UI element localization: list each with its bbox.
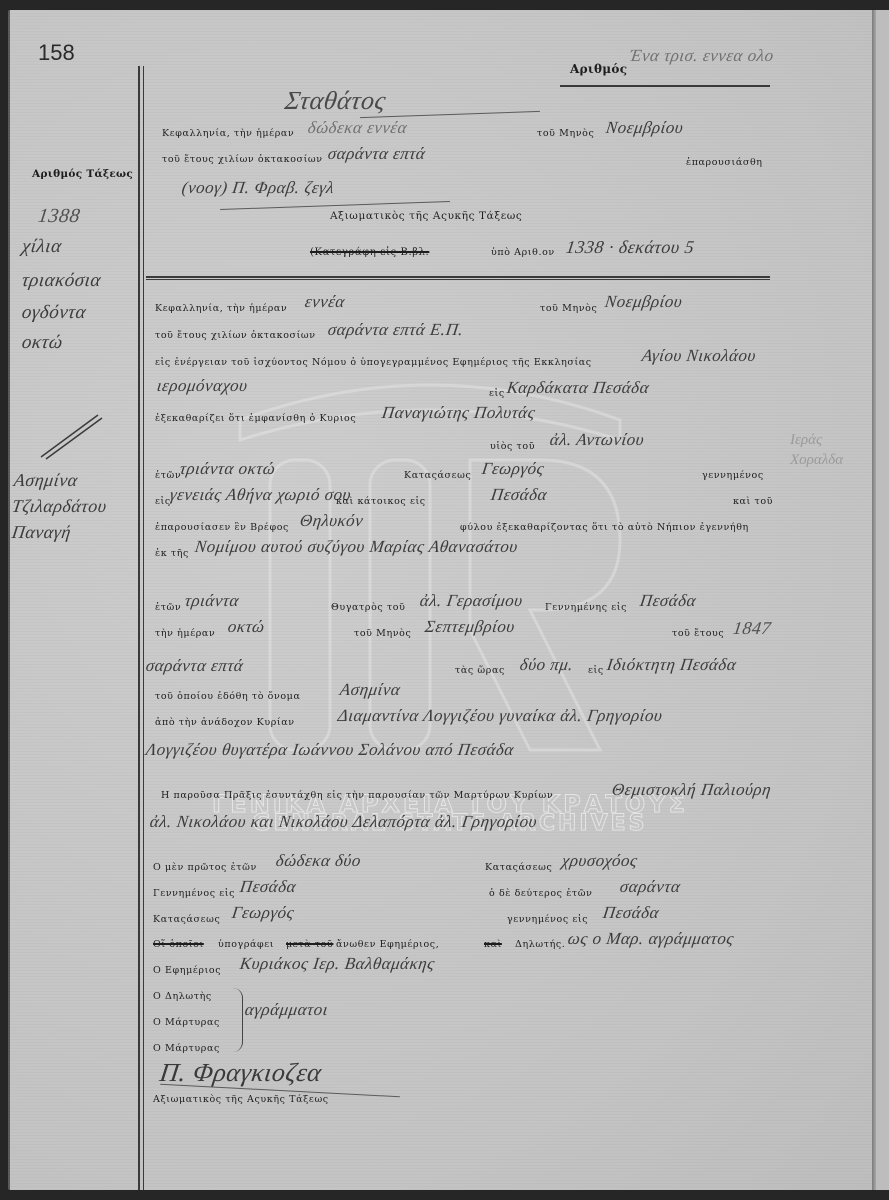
- next-page-edge: [876, 10, 889, 1190]
- rec-birth-day-label: τὴν ἡμέραν: [155, 628, 215, 639]
- decl-day: δώδεκα εννέα: [307, 118, 409, 138]
- sig-official-label: Αξιωματικὸς τῆς Αςυκῆς Τάξεως: [153, 1094, 329, 1105]
- order-word-4: οκτώ: [20, 332, 64, 354]
- order-number: 1388: [36, 205, 81, 228]
- rec-birth-year-label: τοῦ ἔτους: [672, 628, 724, 639]
- wit-intro: Η παροῦσα Πρᾶξις ἐσυντάχθη εἰς τὴν παρου…: [161, 790, 553, 801]
- wit-second-birthplace: Πεσάδα: [602, 903, 661, 923]
- margin-divider: [138, 66, 144, 1190]
- order-word-2: τριακόσια: [20, 270, 102, 292]
- wit-second-born-label: γεννημένος εἰς: [507, 914, 588, 925]
- sig-declarant-label: Ο Δηλωτὴς: [153, 991, 212, 1002]
- rec-and-label: καὶ τοῦ: [733, 496, 773, 507]
- rec-resident-label: καὶ κάτοικος εἰς: [336, 496, 426, 507]
- wit-names-1: Θεμιστοκλή Παλιούρη: [611, 780, 773, 800]
- rec-location-label: εἰς: [588, 665, 604, 676]
- number-underline: [560, 85, 770, 87]
- rec-father-occupation: Γεωργός: [481, 459, 546, 479]
- rec-godparent-2: Λογγιζέου θυγατέρα Ιωάννου Σολάνου από Π…: [145, 740, 516, 760]
- decl-month-label: τοῦ Μηνὸς: [537, 128, 594, 139]
- bleed-line-1: Ιεράς: [790, 430, 843, 450]
- rec-day: εννέα: [304, 292, 347, 312]
- rec-age-label: ἐτῶν: [155, 470, 181, 481]
- rec-godparent-label: ἀπὸ τὴν ἀνάδοχον Κυρίαν: [155, 717, 295, 728]
- rec-son-of-label: υἱὸς τοῦ: [490, 441, 535, 452]
- rec-birth-month: Σεπτεμβρίου: [424, 617, 517, 637]
- rec-year: σαράντα επτά Ε.Π.: [327, 320, 465, 340]
- rec-father-birthplace: γενειάς Αθήνα χωριό σου: [169, 485, 353, 505]
- wit-second-occ-label: Καταςάσεως: [153, 914, 220, 925]
- rec-birth-location: Ιδιόκτητη Πεσάδα: [606, 655, 738, 675]
- rec-in-label: εἰς: [489, 388, 505, 399]
- rec-father-name: Παναγιώτης Πολυτάς: [381, 403, 537, 423]
- wit-first-born-label: Γεννημένος εἰς: [153, 888, 235, 899]
- rec-occupation-label: Καταςάσεως: [404, 470, 471, 481]
- rec-daughter-label: Θυγατρὸς τοῦ: [331, 602, 406, 613]
- wit-first-birthplace: Πεσάδα: [239, 877, 298, 897]
- rec-born-label: γεννημένος: [702, 470, 764, 481]
- rec-father-father: ἀλ. Αντωνίου: [549, 430, 646, 450]
- order-word-3: ογδόντα: [20, 302, 87, 324]
- rec-law-text: εἰς ἐνέργειαν τοῦ ἰσχύοντος Νόμου ὁ ὑπογ…: [155, 357, 592, 368]
- rec-mother-age-label: ἐτῶν: [155, 602, 181, 613]
- decl-category-struck: (Κατεγράφη εἰς Β.βλ.: [310, 247, 429, 258]
- wit-second-occupation: Γεωργός: [231, 903, 296, 923]
- rec-year-label: τοῦ ἔτους χιλίων ὀκτακοσίων: [155, 330, 316, 341]
- rec-hour: δύο πμ.: [519, 655, 575, 675]
- decl-day-label: Κεφαλληνία, τὴν ἡμέραν: [162, 128, 294, 139]
- decl-under-number-label: ὑπὸ Αριθ.ον: [491, 247, 555, 258]
- child-name-line-3: Παναγή: [11, 522, 73, 543]
- page-number: 158: [38, 40, 75, 66]
- sig-official: Π. Φραγκιοζεα: [158, 1058, 324, 1088]
- wit-second-label: ὁ δὲ δεύτερος ἐτῶν: [489, 888, 593, 899]
- decl-year: σαράντα επτά: [327, 144, 427, 164]
- wit-struck-3: καὶ: [484, 939, 502, 950]
- rec-day-label: Κεφαλληνία, τὴν ἡμέραν: [155, 303, 287, 314]
- margin-slash-mark: [36, 412, 106, 462]
- rec-birth-day: οκτώ: [227, 617, 266, 637]
- order-number-label: Αριθμός Τάξεως: [32, 168, 133, 180]
- wit-names-2: ἀλ. Νικολάου και Νικολάου Δελαπόρτα ἀλ. …: [149, 812, 539, 832]
- section-divider: [146, 276, 770, 280]
- top-signature: Σταθάτος: [283, 86, 388, 116]
- rec-church-cont: ιερομόναχου: [156, 376, 249, 396]
- wit-second-age: σαράντα: [619, 877, 682, 897]
- wit-first-occ-label: Καταςάσεως: [485, 862, 552, 873]
- rec-birth-month-label: τοῦ Μηνὸς: [354, 628, 411, 639]
- number-label: Αριθμός: [570, 62, 627, 76]
- rec-name-given: Ασημίνα: [339, 680, 402, 700]
- wit-declarant-note: ως ο Μαρ. αγράμματος: [567, 929, 736, 949]
- signature-brace: [229, 988, 243, 1052]
- wit-struck-2: μετὰ τοῦ: [286, 939, 333, 950]
- rec-godparent-1: Διαμαντίνα Λογγιζέου γυναίκα ἀλ. Γρηγορί…: [337, 706, 664, 726]
- sig-illiterate-note: αγράμματοι: [244, 1000, 330, 1020]
- rec-church-place: Καρδάκατα Πεσάδα: [506, 378, 651, 398]
- rec-from-label: ἐκ τῆς: [155, 548, 189, 559]
- sig-witness-1-label: Ο Μάρτυρας: [153, 1017, 220, 1028]
- wit-struck-1: Οἵ ὁποῖοι: [153, 939, 204, 950]
- rec-sex: Θηλυκόν: [299, 511, 365, 531]
- rec-father-age: τριάντα οκτώ: [179, 459, 277, 479]
- decl-presented-label: ἐπαρουσιάσθη: [686, 157, 763, 168]
- rec-residence: Πεσάδα: [490, 485, 549, 505]
- rec-birth-year-words: σαράντα επτά: [145, 656, 245, 676]
- rec-appeared-label: ἐξεκαθαρίζει ὅτι ἐμφανίσθη ὁ Κυριος: [155, 413, 356, 424]
- rec-mother: Νομίμου αυτού συζύγου Μαρίας Αθανασάτου: [194, 537, 520, 557]
- rec-month-label: τοῦ Μηνὸς: [540, 303, 597, 314]
- sig-priest: Κυριάκος Ιερ. Βαλθαμάκης: [239, 954, 436, 974]
- rec-sex-tail: φύλου ἐξεκαθαρίζοντας ὅτι τὸ αὐτὸ Νήπιον…: [460, 522, 749, 533]
- wit-declarant-label: Δηλωτής.: [515, 939, 565, 950]
- wit-signed-text-2: ἄνωθεν Εφημέριος,: [336, 939, 439, 950]
- decl-official-label: Αξιωματικὸς τῆς Αςυκῆς Τάξεως: [330, 210, 522, 222]
- rec-church: Αγίου Νικολάου: [641, 346, 758, 366]
- bleed-line-2: Χοραλδα: [790, 450, 843, 470]
- decl-month: Νοεμβρίου: [605, 118, 685, 138]
- number-value: Ένα τρισ. εννεα ολο: [629, 46, 775, 66]
- wit-first-occupation: χρυσοχόος: [561, 851, 639, 871]
- child-name-line-1: Ασημίνα: [13, 470, 80, 491]
- sig-witness-2-label: Ο Μάρτυρας: [153, 1043, 220, 1054]
- sig-priest-label: Ο Εφημέριος: [153, 965, 221, 976]
- rec-mother-father: ἀλ. Γερασίμου: [419, 591, 524, 611]
- decl-under-number: 1338 · δεκάτου 5: [565, 237, 696, 258]
- rec-month: Νοεμβρίου: [604, 292, 684, 312]
- rec-hour-label: τὰς ὥρας: [455, 665, 505, 676]
- rec-mother-age: τριάντα: [184, 591, 241, 611]
- rec-birth-year: 1847: [732, 618, 773, 639]
- rec-presented-label: ἐπαρουσίασεν ἓν Βρέφος: [155, 522, 289, 533]
- wit-first-label: Ο μὲν πρῶτος ἐτῶν: [153, 862, 257, 873]
- wit-first-age: δώδεκα δύο: [275, 851, 363, 871]
- child-name-line-2: Τζιλαρδάτου: [11, 496, 109, 517]
- rec-name-given-label: τοῦ ὁποίου ἐδόθη τὸ ὄνομα: [155, 691, 300, 702]
- rec-mother-born-label: Γεννημένης εἰς: [545, 602, 627, 613]
- wit-signed-text: ὑπογράφει: [218, 939, 274, 950]
- decl-official-hand: (νοογ) Π. Φραβ. ζεγλ: [181, 178, 336, 198]
- decl-year-label: τοῦ ἔτους χιλίων ὀκτακοσίων: [162, 154, 323, 165]
- order-word-1: χίλια: [20, 236, 63, 258]
- rec-mother-birthplace: Πεσάδα: [639, 591, 698, 611]
- margin-bleedthrough: Ιεράς Χοραλδα: [790, 430, 843, 470]
